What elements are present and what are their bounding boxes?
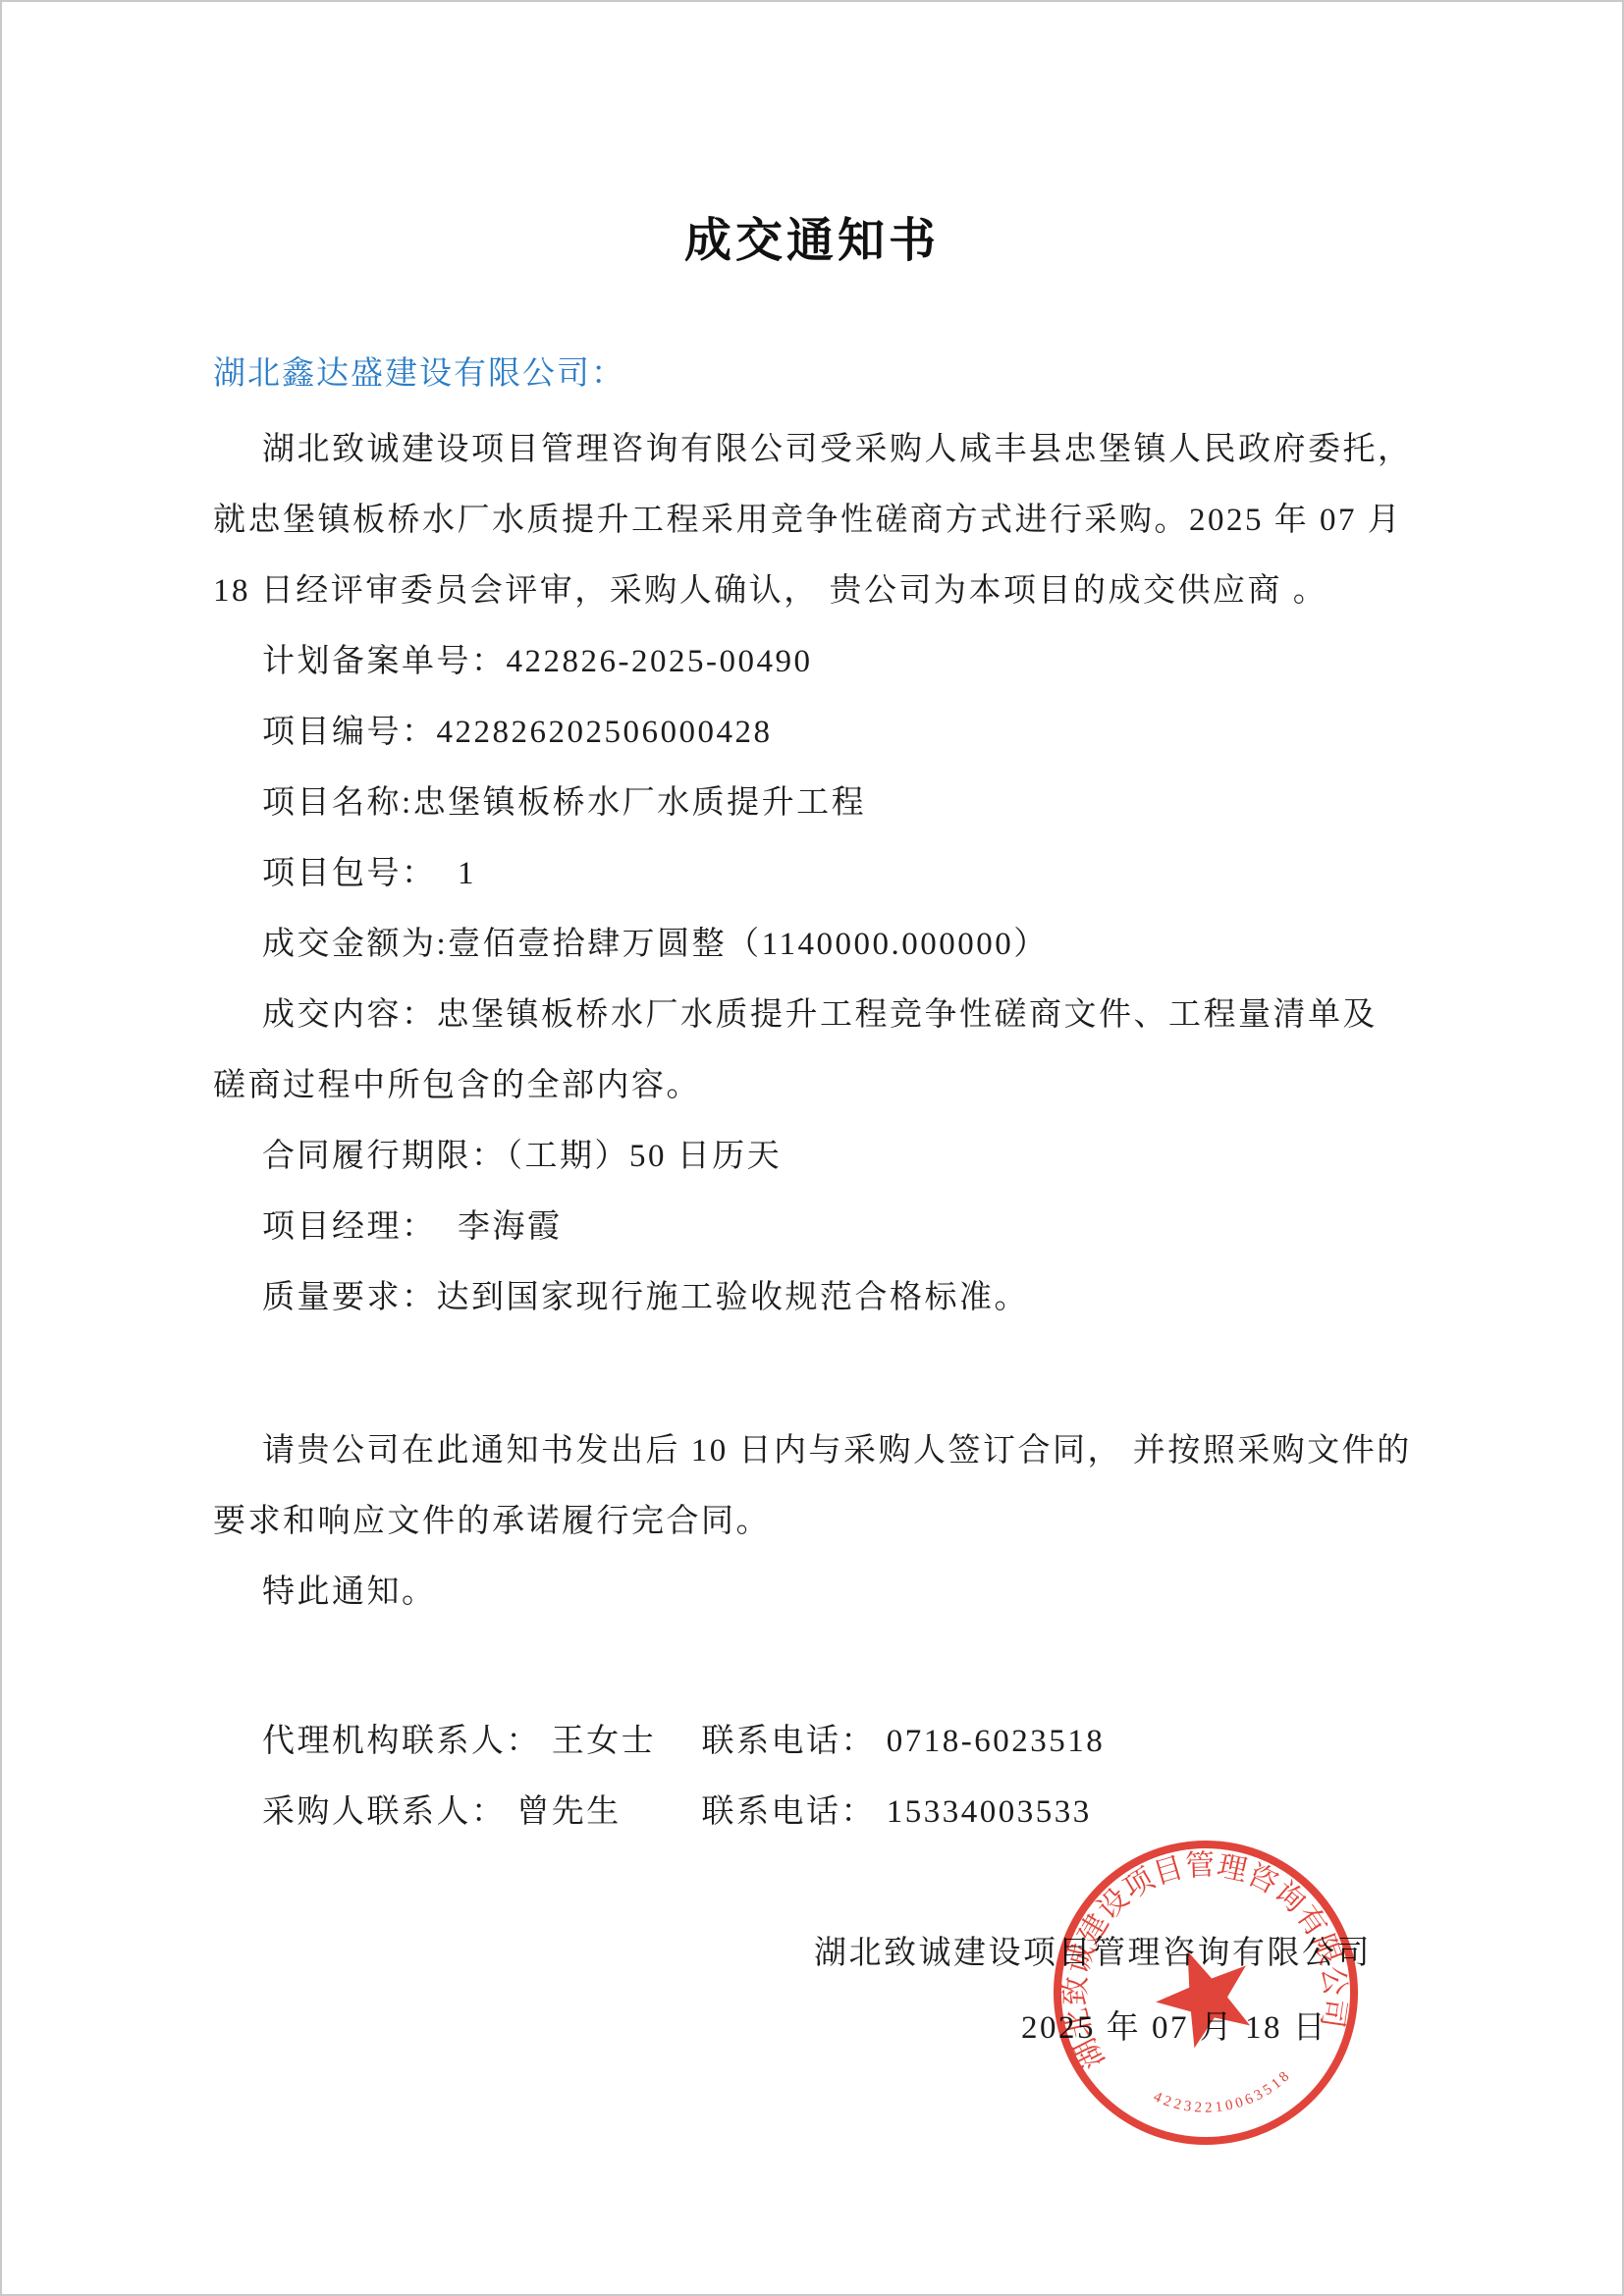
contact-block: 代理机构联系人： 王女士 联系电话： 0718-6023518 采购人联系人： … xyxy=(213,1706,1421,1847)
field-award-content: 成交内容：忠堡镇板桥水厂水质提升工程竞争性磋商文件、工程量清单及 xyxy=(213,980,1421,1050)
field-package-no: 项目包号： 1 xyxy=(213,838,1421,909)
closing-paragraphs: 请贵公司在此通知书发出后 10 日内与采购人签订合同， 并按照采购文件的 要求和… xyxy=(213,1415,1421,1628)
document-page: 成交通知书 湖北鑫达盛建设有限公司： 湖北致诚建设项目管理咨询有限公司受采购人咸… xyxy=(0,0,1624,2296)
field-project-name: 项目名称:忠堡镇板桥水厂水质提升工程 xyxy=(213,768,1421,838)
body-line: 18 日经评审委员会评审，采购人确认， 贵公司为本项目的成交供应商 。 xyxy=(213,556,1421,626)
page-title: 成交通知书 xyxy=(2,202,1622,270)
field-project-no: 项目编号：422826202506000428 xyxy=(213,697,1421,768)
signature-company: 湖北致诚建设项目管理咨询有限公司 xyxy=(814,1918,1372,1989)
field-contract-period: 合同履行期限：（工期）50 日历天 xyxy=(213,1121,1421,1192)
purchaser-contact-line: 采购人联系人： 曾先生 联系电话： 15334003533 xyxy=(213,1777,1421,1847)
addressee-line: 湖北鑫达盛建设有限公司： xyxy=(213,347,625,394)
field-quality-requirement: 质量要求：达到国家现行施工验收规范合格标准。 xyxy=(213,1262,1421,1333)
field-award-amount: 成交金额为:壹佰壹拾肆万圆整（1140000.000000） xyxy=(213,909,1421,980)
field-project-manager: 项目经理： 李海霞 xyxy=(213,1192,1421,1262)
body-line: 就忠堡镇板桥水厂水质提升工程采用竞争性磋商方式进行采购。2025 年 07 月 xyxy=(213,485,1421,556)
signature-date: 2025 年 07 月 18 日 xyxy=(1021,1993,1327,2063)
body-paragraphs: 湖北致诚建设项目管理咨询有限公司受采购人咸丰县忠堡镇人民政府委托， 就忠堡镇板桥… xyxy=(213,414,1421,1333)
field-award-content-cont: 磋商过程中所包含的全部内容。 xyxy=(213,1050,1421,1121)
body-line: 湖北致诚建设项目管理咨询有限公司受采购人咸丰县忠堡镇人民政府委托， xyxy=(213,414,1421,485)
closing-notice: 特此通知。 xyxy=(213,1557,1421,1628)
field-plan-record-no: 计划备案单号：422826-2025-00490 xyxy=(213,626,1421,697)
seal-serial: 42232210063518 xyxy=(1149,2065,1299,2127)
agency-contact-line: 代理机构联系人： 王女士 联系电话： 0718-6023518 xyxy=(213,1706,1421,1777)
closing-line: 请贵公司在此通知书发出后 10 日内与采购人签订合同， 并按照采购文件的 xyxy=(213,1415,1421,1486)
closing-line: 要求和响应文件的承诺履行完合同。 xyxy=(213,1486,1421,1557)
